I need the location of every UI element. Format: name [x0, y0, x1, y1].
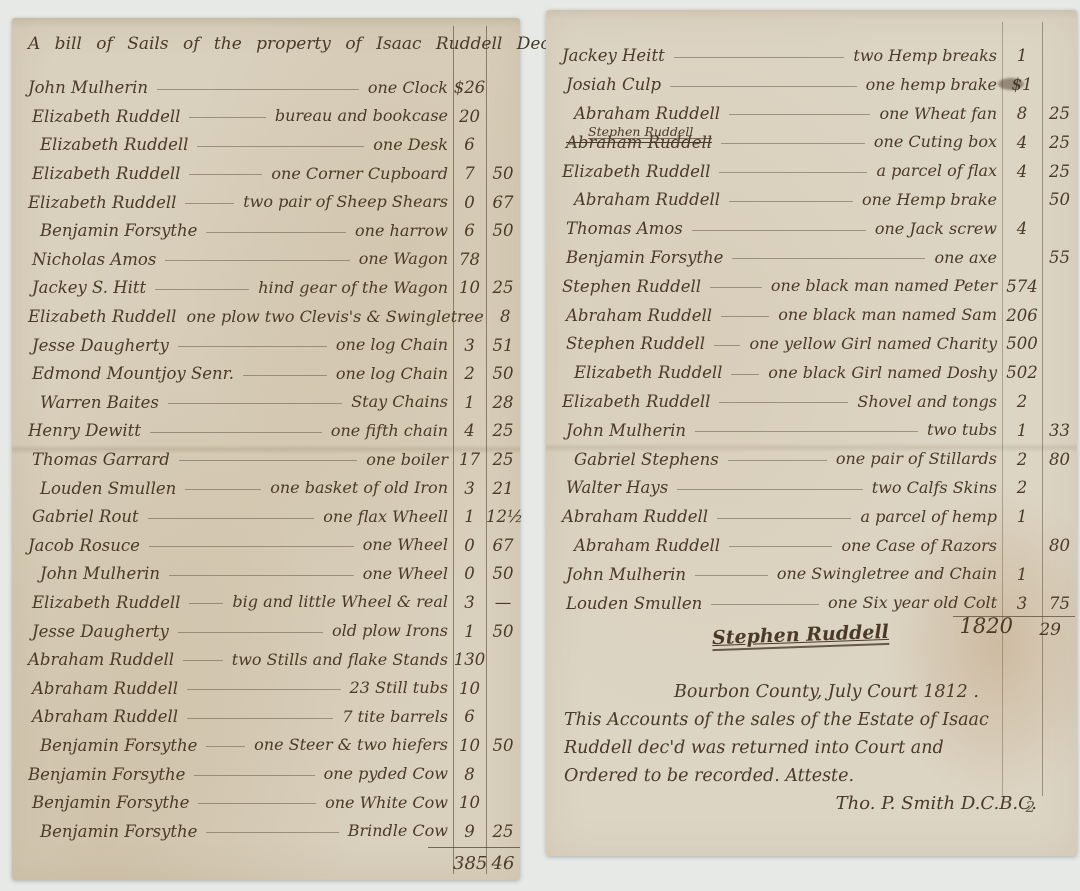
item-description: two pair of Sheep Shears — [243, 194, 453, 211]
item-description: one White Cow — [325, 795, 453, 812]
court-attestation: Bourbon County, July Court 1812 . This A… — [564, 678, 1063, 818]
buyer-name: Josiah Culp — [566, 76, 661, 93]
buyer-name: Elizabeth Ruddell — [32, 165, 180, 182]
ledger-row: Nicholas Amosone Wagon78 — [12, 240, 520, 269]
grand-total-cents: 29 — [1039, 620, 1061, 640]
item-description: a parcel of hemp — [860, 509, 1002, 526]
ledger-row: Josiah Culpone hemp brake$1 — [546, 65, 1077, 94]
item-description: one basket of old Iron — [270, 480, 453, 497]
ledger-row: John Mulherinone Clock$26 — [12, 68, 520, 97]
item-description: one boiler — [366, 452, 453, 469]
buyer-name: Edmond Mountjoy Senr. — [32, 365, 234, 382]
amount-cents: 25 — [1042, 163, 1077, 180]
item-description: old plow Irons — [332, 623, 453, 640]
ledger-row: Elizabeth Ruddellone Desk6 — [12, 125, 520, 154]
item-description: one pair of Stillards — [836, 451, 1002, 468]
ledger-row: Jackey S. Hitthind gear of the Wagon1025 — [12, 268, 520, 297]
amount-dollars: 20 — [453, 108, 486, 125]
ledger-row: Abraham Ruddell7 tite barrels6 — [12, 697, 520, 726]
total-cents: 46 — [486, 853, 520, 874]
buyer-name: John Mulherin — [566, 422, 686, 439]
amount-cents: 50 — [486, 222, 520, 239]
amount-cents: 28 — [486, 394, 520, 411]
buyer-name: Gabriel Stephens — [574, 451, 719, 468]
amount-dollars: 502 — [1002, 364, 1042, 381]
buyer-name: Abraham Ruddell — [28, 651, 174, 668]
buyer-name: Stephen Ruddell — [566, 335, 705, 352]
ledger-row: Benjamin Forsytheone pyded Cow8 — [12, 754, 520, 783]
amount-dollars: $26 — [453, 79, 486, 96]
item-description: two Calfs Skins — [872, 480, 1002, 497]
item-description: two Hemp breaks — [853, 48, 1002, 65]
ledger-row: Benjamin Forsytheone Steer & two hiefers… — [12, 726, 520, 755]
item-description: one pyded Cow — [324, 766, 453, 783]
ledger-page-left: A bill of Sails of the property of Isaac… — [12, 18, 520, 880]
amount-cents: 51 — [486, 337, 520, 354]
ledger-row: Edmond Mountjoy Senr.one log Chain250 — [12, 354, 520, 383]
item-description: Stay Chains — [351, 394, 453, 411]
buyer-name: Jacob Rosuce — [28, 537, 140, 554]
amount-dollars: 78 — [453, 251, 486, 268]
ledger-row: Louden Smullenone Six year old Colt375 — [546, 583, 1077, 612]
buyer-name: Elizabeth Ruddell — [40, 136, 188, 153]
attestation-line: Ordered to be recorded. Atteste. — [564, 766, 854, 786]
item-description: big and little Wheel & real — [232, 594, 453, 611]
amount-cents: 67 — [486, 537, 520, 554]
ledger-row: Stephen Ruddellone yellow Girl named Cha… — [546, 324, 1077, 353]
amount-cents: — — [486, 594, 520, 611]
buyer-name: Abraham Ruddell — [574, 537, 720, 554]
buyer-name: Walter Hays — [566, 479, 668, 496]
amount-cents: 25 — [486, 279, 520, 296]
ledger-row: Elizabeth Ruddella parcel of flax425 — [546, 151, 1077, 180]
item-description: one Jack screw — [875, 221, 1002, 238]
amount-cents: 25 — [486, 823, 520, 840]
ledger-row: Thomas Amosone Jack screw4 — [546, 209, 1077, 238]
amount-dollars: 0 — [453, 565, 486, 582]
amount-dollars: 4 — [1002, 220, 1042, 237]
item-description: one Wagon — [359, 251, 453, 268]
item-description: one Steer & two hiefers — [254, 737, 453, 754]
buyer-name: Warren Baites — [40, 394, 159, 411]
ledger-row: Benjamin ForsytheBrindle Cow925 — [12, 811, 520, 840]
signature-row: Stephen Ruddell 1820 29 — [546, 610, 1077, 656]
amount-dollars: 1 — [453, 394, 486, 411]
item-description: two tubs — [927, 422, 1002, 439]
sum-line — [428, 847, 520, 848]
amount-dollars: 7 — [453, 165, 486, 182]
ledger-row: Abraham Ruddellone black man named Sam20… — [546, 295, 1077, 324]
struck-name: Abraham Ruddell — [566, 133, 712, 152]
buyer-name: Elizabeth Ruddell — [562, 393, 710, 410]
item-description: one Corner Cupboard — [271, 166, 453, 183]
ledger-row: Elizabeth Ruddellbureau and bookcase20 — [12, 97, 520, 126]
amount-dollars: 3 — [453, 594, 486, 611]
amount-dollars: 1 — [1002, 422, 1042, 439]
item-description: one Cuting box — [874, 134, 1002, 151]
buyer-name: Louden Smullen — [40, 480, 176, 497]
item-description: one axe — [934, 250, 1002, 267]
item-description: 23 Still tubs — [350, 680, 453, 697]
item-description: one flax Wheell — [323, 509, 453, 526]
amount-dollars: 6 — [453, 136, 486, 153]
item-description: one Case of Razors — [841, 538, 1002, 555]
amount-dollars: 2 — [1002, 451, 1042, 468]
amount-dollars: 2 — [1002, 479, 1042, 496]
ledger-row: Stephen Ruddellone black man named Peter… — [546, 266, 1077, 295]
ledger-row: Stephen RuddellAbraham Ruddellone Cuting… — [546, 122, 1077, 151]
item-description: bureau and bookcase — [275, 108, 453, 125]
amount-cents: 21 — [486, 480, 520, 497]
item-description: one plow two Clevis's & Swingletree — [186, 309, 488, 326]
amount-dollars: 10 — [453, 680, 486, 697]
item-description: 7 tite barrels — [342, 709, 453, 726]
ledger-row: Henry Dewittone fifth chain425 — [12, 411, 520, 440]
item-description: Shovel and tongs — [857, 394, 1002, 411]
amount-dollars: 1 — [1002, 47, 1042, 64]
item-description: one Wheel — [363, 566, 453, 583]
ledger-rows-left: John Mulherinone Clock$26Elizabeth Rudde… — [12, 68, 520, 840]
item-description: one Wheel — [363, 537, 453, 554]
buyer-name: Benjamin Forsythe — [566, 249, 723, 266]
amount-dollars: 2 — [1002, 393, 1042, 410]
amount-dollars: 6 — [453, 708, 486, 725]
buyer-name: Elizabeth Ruddell — [562, 163, 710, 180]
amount-cents: 50 — [1042, 191, 1077, 208]
amount-dollars: 1 — [453, 508, 486, 525]
buyer-name: John Mulherin — [566, 566, 686, 583]
buyer-name: Jesse Daugherty — [32, 337, 169, 354]
amount-dollars: 3 — [453, 480, 486, 497]
amount-dollars: 4 — [1002, 134, 1042, 151]
buyer-name: Abraham Ruddell — [566, 307, 712, 324]
ledger-row: Benjamin Forsytheone harrow650 — [12, 211, 520, 240]
ledger-row: Elizabeth RuddellShovel and tongs2 — [546, 382, 1077, 411]
amount-dollars: 8 — [1002, 105, 1042, 122]
buyer-name: Benjamin Forsythe — [40, 222, 197, 239]
item-description: one Swingletree and Chain — [777, 566, 1002, 583]
ledger-row: Gabriel Stephensone pair of Stillards280 — [546, 439, 1077, 468]
buyer-name: Thomas Garrard — [32, 451, 170, 468]
ledger-rows-right: Jackey Heitttwo Hemp breaks1Josiah Culpo… — [546, 36, 1077, 612]
buyer-name: Abraham Ruddell — [574, 191, 720, 208]
clerk-signature: Tho. P. Smith D.C.B.C. — [564, 790, 1063, 818]
amount-cents: 50 — [486, 565, 520, 582]
ledger-row: Warren BaitesStay Chains128 — [12, 383, 520, 412]
ledger-row: Gabriel Routone flax Wheell112½ — [12, 497, 520, 526]
item-description: Brindle Cow — [348, 823, 453, 840]
amount-dollars: 3 — [453, 337, 486, 354]
amount-cents: 50 — [486, 737, 520, 754]
item-description: hind gear of the Wagon — [258, 280, 453, 297]
ledger-row: Benjamin Forsytheone axe55 — [546, 238, 1077, 267]
amount-dollars: 8 — [489, 308, 522, 325]
amount-cents: 50 — [486, 165, 520, 182]
buyer-name: Elizabeth Ruddell — [32, 108, 180, 125]
amount-dollars: 4 — [453, 422, 486, 439]
buyer-name: Benjamin Forsythe — [32, 794, 189, 811]
amount-dollars: 130 — [453, 651, 486, 668]
buyer-name: Henry Dewitt — [28, 422, 141, 439]
buyer-name: Elizabeth Ruddell — [32, 594, 180, 611]
item-description: one Clock — [368, 80, 453, 97]
document-photo: A bill of Sails of the property of Isaac… — [0, 0, 1080, 891]
amount-dollars: 10 — [453, 279, 486, 296]
item-description: one harrow — [355, 223, 453, 240]
amount-cents: 67 — [486, 194, 520, 211]
ledger-page-right: Jackey Heitttwo Hemp breaks1Josiah Culpo… — [546, 10, 1077, 856]
flourish-mark: 2 — [1025, 798, 1035, 816]
ledger-row: Jacob Rosuceone Wheel067 — [12, 526, 520, 555]
ledger-row: Thomas Garrardone boiler1725 — [12, 440, 520, 469]
buyer-name: Elizabeth Ruddell — [28, 308, 176, 325]
amount-dollars: 10 — [453, 794, 486, 811]
amount-dollars: 206 — [1002, 307, 1042, 324]
buyer-name: John Mulherin — [28, 79, 148, 96]
item-description: one black man named Peter — [771, 278, 1002, 295]
item-description: one yellow Girl named Charity — [749, 336, 1002, 353]
amount-cents: 33 — [1042, 422, 1077, 439]
ledger-row: Abraham Ruddellone Case of Razors80 — [546, 526, 1077, 555]
ledger-row: Elizabeth Ruddellbig and little Wheel & … — [12, 583, 520, 612]
item-description: one log Chain — [336, 366, 453, 383]
ledger-row: Louden Smullenone basket of old Iron321 — [12, 468, 520, 497]
buyer-name: Abraham Ruddell — [562, 508, 708, 525]
ledger-row: Jesse Daughertyone log Chain351 — [12, 325, 520, 354]
buyer-name: Elizabeth Ruddell — [28, 194, 176, 211]
item-description: one Desk — [373, 137, 453, 154]
total-dollars: 385 — [453, 853, 486, 874]
item-description: a parcel of flax — [876, 163, 1002, 180]
buyer-name: Abraham Ruddell — [574, 105, 720, 122]
ledger-row: Elizabeth Ruddellone Corner Cupboard750 — [12, 154, 520, 183]
ledger-row: Elizabeth Ruddellone plow two Clevis's &… — [12, 297, 520, 326]
buyer-name: Stephen Ruddell — [562, 278, 701, 295]
amount-dollars: 500 — [1002, 335, 1042, 352]
ledger-row: Jackey Heitttwo Hemp breaks1 — [546, 36, 1077, 65]
buyer-name: Thomas Amos — [566, 220, 683, 237]
buyer-name: Elizabeth Ruddell — [574, 364, 722, 381]
amount-dollars: 0 — [453, 537, 486, 554]
amount-dollars: 1 — [1002, 508, 1042, 525]
item-description: one log Chain — [336, 337, 453, 354]
buyer-name: Abraham Ruddell — [32, 708, 178, 725]
amount-cents: 25 — [486, 422, 520, 439]
signature: Stephen Ruddell — [712, 621, 890, 651]
amount-cents: 80 — [1042, 451, 1077, 468]
ledger-row: Benjamin Forsytheone White Cow10 — [12, 783, 520, 812]
amount-dollars: 574 — [1002, 278, 1042, 295]
ledger-row: Walter Haystwo Calfs Skins2 — [546, 468, 1077, 497]
buyer-name: Stephen RuddellAbraham Ruddell — [566, 125, 712, 151]
amount-dollars: $1 — [1002, 76, 1042, 93]
item-description: one black man named Sam — [778, 307, 1002, 324]
amount-dollars: 8 — [453, 766, 486, 783]
buyer-name: Jesse Daugherty — [32, 623, 169, 640]
ledger-row: John Mulherinone Wheel050 — [12, 554, 520, 583]
ledger-row: Abraham Ruddell23 Still tubs10 — [12, 668, 520, 697]
item-description: one hemp brake — [866, 77, 1002, 94]
grand-total-dollars: 1820 — [960, 614, 1013, 638]
buyer-name: Benjamin Forsythe — [40, 737, 197, 754]
buyer-name: Nicholas Amos — [32, 251, 156, 268]
item-description: one black Girl named Doshy — [768, 365, 1002, 382]
ledger-row: Abraham Ruddellone Wheat fan825 — [546, 94, 1077, 123]
amount-dollars: 17 — [453, 451, 486, 468]
amount-cents: 80 — [1042, 537, 1077, 554]
buyer-name: Benjamin Forsythe — [40, 823, 197, 840]
amount-dollars: 10 — [453, 737, 486, 754]
amount-cents: 25 — [1042, 105, 1077, 122]
buyer-name: Gabriel Rout — [32, 508, 139, 525]
amount-cents: 55 — [1042, 249, 1077, 266]
ledger-row: John Mulherintwo tubs133 — [546, 410, 1077, 439]
attestation-line: Bourbon County, July Court 1812 . — [564, 678, 1063, 706]
ledger-row: Abraham Ruddellone Hemp brake50 — [546, 180, 1077, 209]
ledger-row: John Mulherinone Swingletree and Chain1 — [546, 554, 1077, 583]
item-description: one Wheat fan — [879, 106, 1002, 123]
buyer-name: Abraham Ruddell — [32, 680, 178, 697]
buyer-name: Jackey S. Hitt — [32, 279, 146, 296]
amount-cents: 12½ — [486, 508, 520, 525]
amount-dollars: 2 — [453, 365, 486, 382]
amount-dollars: 6 — [453, 222, 486, 239]
amount-dollars: 0 — [453, 194, 486, 211]
amount-dollars: 1 — [453, 623, 486, 640]
document-title: A bill of Sails of the property of Isaac… — [28, 34, 514, 54]
ledger-row: Elizabeth Ruddellone black Girl named Do… — [546, 353, 1077, 382]
page-total: 385 46 — [453, 853, 520, 874]
ledger-row: Jesse Daughertyold plow Irons150 — [12, 611, 520, 640]
amount-dollars: 1 — [1002, 566, 1042, 583]
amount-dollars: 4 — [1002, 163, 1042, 180]
amount-cents: 25 — [1042, 134, 1077, 151]
ledger-row: Abraham Ruddelltwo Stills and flake Stan… — [12, 640, 520, 669]
item-description: one fifth chain — [331, 423, 453, 440]
buyer-name: Benjamin Forsythe — [28, 766, 185, 783]
buyer-name: John Mulherin — [40, 565, 160, 582]
item-description: two Stills and flake Stands — [232, 652, 453, 669]
ledger-row: Elizabeth Ruddelltwo pair of Sheep Shear… — [12, 182, 520, 211]
amount-dollars: 9 — [453, 823, 486, 840]
attestation-line: This Accounts of the sales of the Estate… — [564, 706, 1063, 734]
amount-cents: 50 — [486, 365, 520, 382]
amount-cents: 25 — [486, 451, 520, 468]
amount-cents: 50 — [486, 623, 520, 640]
item-description: one Hemp brake — [862, 192, 1002, 209]
attestation-line: Ruddell dec'd was returned into Court an… — [564, 734, 1063, 762]
ledger-row: Abraham Ruddella parcel of hemp1 — [546, 497, 1077, 526]
buyer-name: Jackey Heitt — [562, 47, 665, 64]
